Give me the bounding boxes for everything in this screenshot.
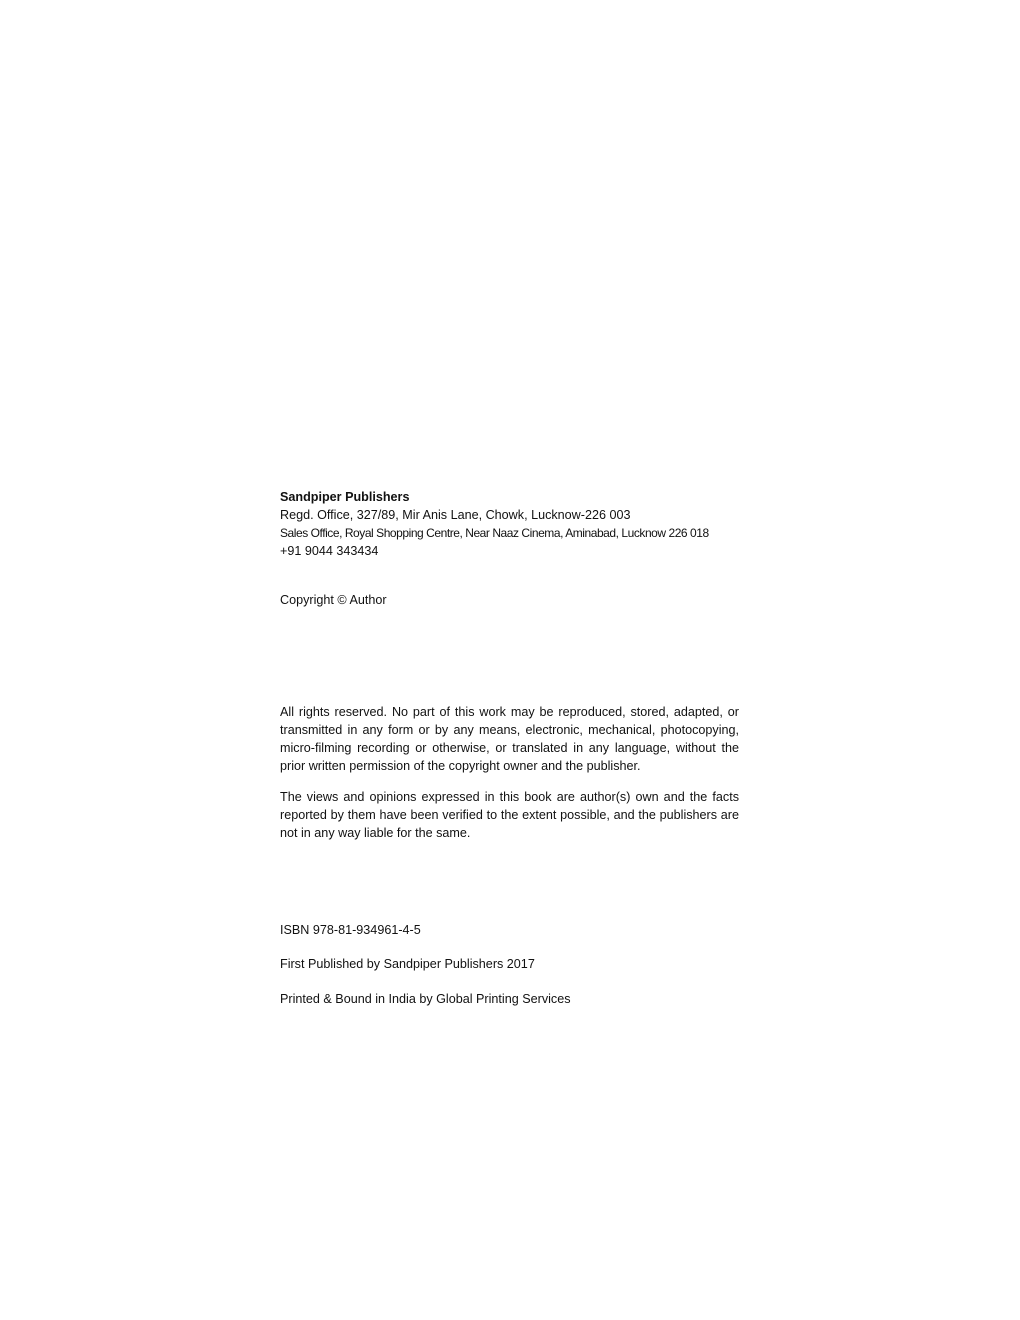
publisher-phone: +91 9044 343434 — [280, 542, 739, 560]
publisher-block: Sandpiper Publishers Regd. Office, 327/8… — [280, 488, 739, 560]
isbn-number: ISBN 978-81-934961-4-5 — [280, 921, 739, 939]
registered-office-address: Regd. Office, 327/89, Mir Anis Lane, Cho… — [280, 506, 739, 524]
disclaimer-paragraph: The views and opinions expressed in this… — [280, 788, 739, 842]
rights-reserved-paragraph: All rights reserved. No part of this wor… — [280, 703, 739, 775]
copyright-notice: Copyright © Author — [280, 591, 739, 609]
first-published-line: First Published by Sandpiper Publishers … — [280, 955, 739, 973]
publisher-name: Sandpiper Publishers — [280, 488, 739, 506]
legal-notices: All rights reserved. No part of this wor… — [280, 703, 739, 855]
printer-line: Printed & Bound in India by Global Print… — [280, 990, 739, 1008]
sales-office-address: Sales Office, Royal Shopping Centre, Nea… — [280, 524, 739, 542]
